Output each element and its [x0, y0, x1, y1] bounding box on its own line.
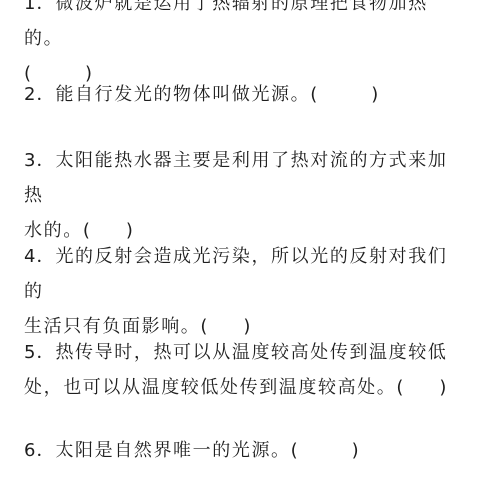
question-text-continued: 水的。 — [24, 220, 83, 241]
question-4-line-1: 4．光的反射会造成光污染，所以光的反射对我们的 — [24, 239, 464, 309]
question-1-line-1: 1．微波炉就是运用了热辐射的原理把食物加热的。 — [24, 0, 464, 56]
question-text-continued: 生活只有负面影响。 — [24, 316, 200, 337]
question-number: 6． — [24, 440, 55, 461]
question-number: 1． — [24, 0, 55, 14]
question-5-line-2: 处，也可以从温度较低处传到温度较高处。( ) — [24, 370, 464, 405]
question-2: 2．能自行发光的物体叫做光源。( ) — [24, 77, 464, 112]
question-2-line-1: 2．能自行发光的物体叫做光源。( ) — [24, 77, 464, 112]
answer-blank[interactable]: ( ) — [291, 440, 359, 461]
answer-blank[interactable]: ( ) — [310, 84, 378, 105]
question-text: 微波炉就是运用了热辐射的原理把食物加热的。 — [24, 0, 428, 49]
answer-blank[interactable]: ( ) — [200, 316, 250, 337]
question-text: 能自行发光的物体叫做光源。 — [55, 84, 310, 105]
question-number: 5． — [24, 342, 55, 363]
question-4: 4．光的反射会造成光污染，所以光的反射对我们的 生活只有负面影响。( ) — [24, 239, 464, 344]
question-text-continued: 处，也可以从温度较低处传到温度较高处。 — [24, 377, 396, 398]
question-5: 5．热传导时，热可以从温度较高处传到温度较低 处，也可以从温度较低处传到温度较高… — [24, 335, 464, 405]
answer-blank[interactable]: ( ) — [396, 377, 446, 398]
question-6: 6．太阳是自然界唯一的光源。( ) — [24, 433, 464, 468]
question-text: 太阳是自然界唯一的光源。 — [55, 440, 290, 461]
question-number: 3． — [24, 150, 55, 171]
question-3: 3．太阳能热水器主要是利用了热对流的方式来加热 水的。( ) — [24, 143, 464, 248]
question-number: 2． — [24, 84, 55, 105]
question-text: 太阳能热水器主要是利用了热对流的方式来加热 — [24, 150, 447, 206]
question-text: 热传导时，热可以从温度较高处传到温度较低 — [55, 342, 447, 363]
question-5-line-1: 5．热传导时，热可以从温度较高处传到温度较低 — [24, 335, 464, 370]
question-3-line-1: 3．太阳能热水器主要是利用了热对流的方式来加热 — [24, 143, 464, 213]
question-6-line-1: 6．太阳是自然界唯一的光源。( ) — [24, 433, 464, 468]
answer-blank[interactable]: ( ) — [83, 220, 133, 241]
question-text: 光的反射会造成光污染，所以光的反射对我们的 — [24, 246, 447, 302]
question-number: 4． — [24, 246, 55, 267]
